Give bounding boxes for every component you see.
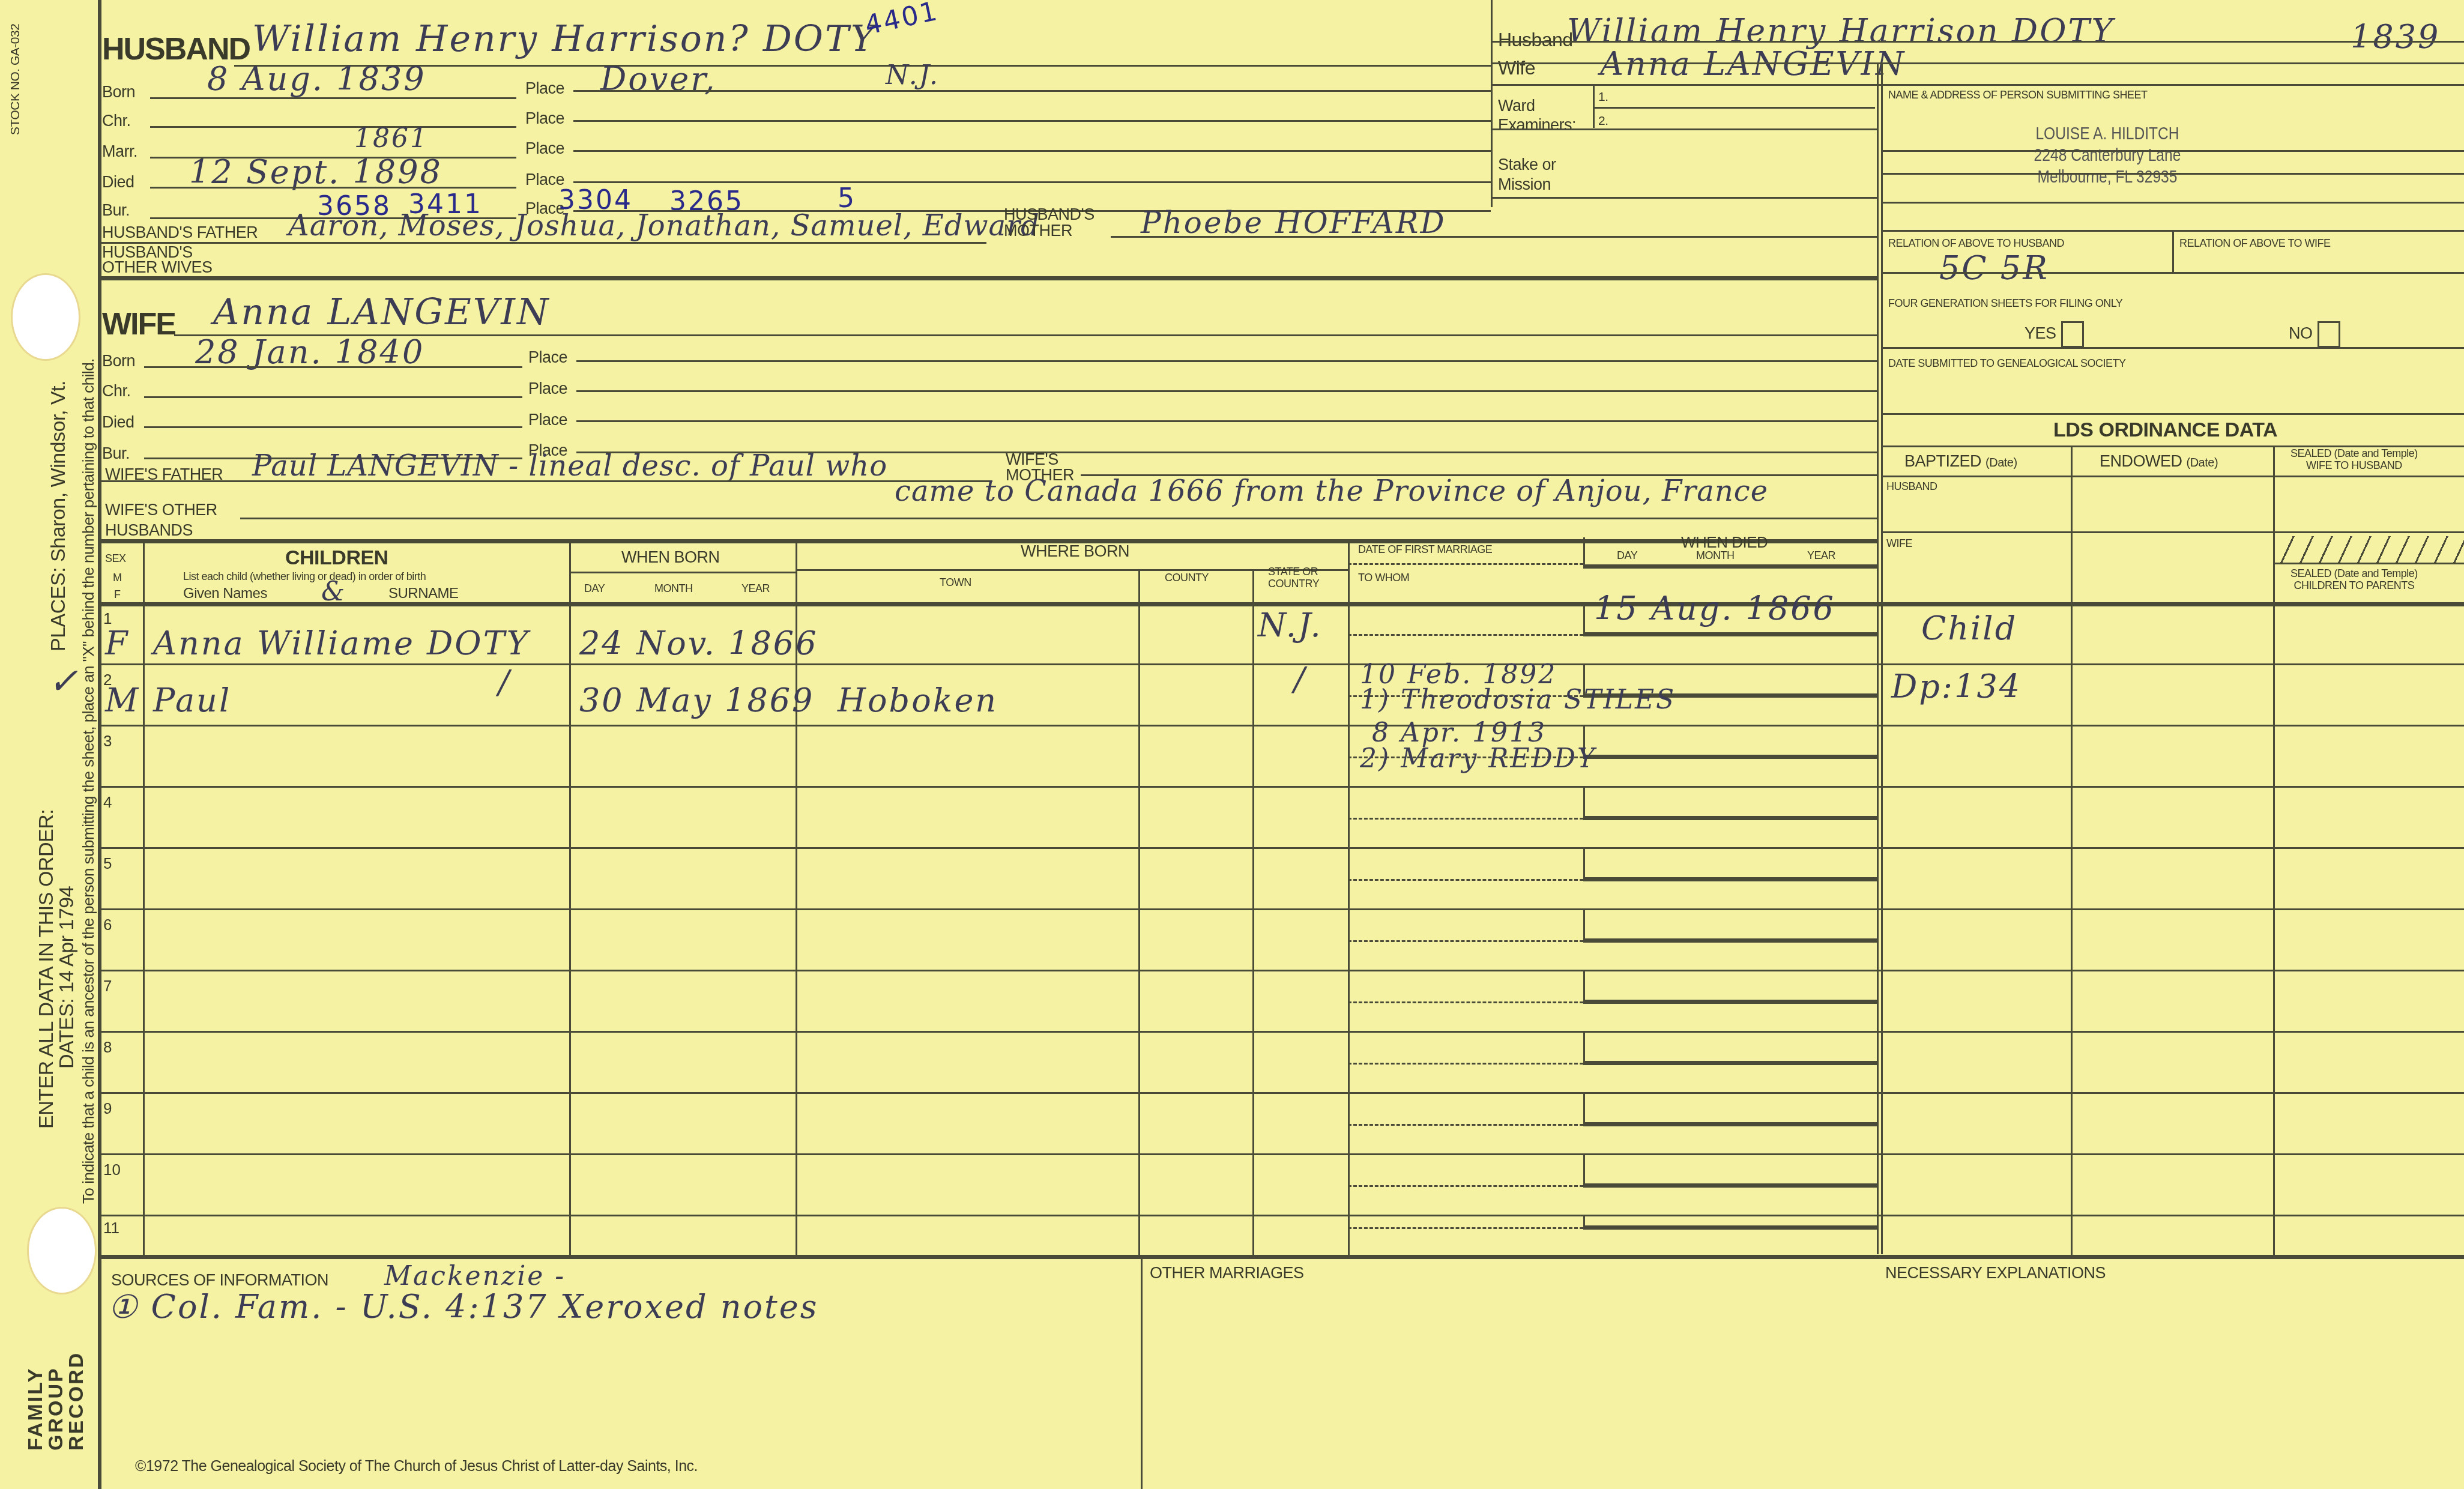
died-label: Died (102, 413, 134, 432)
place-label: Place (528, 379, 567, 398)
child-2-mark: / (498, 663, 511, 701)
first-marriage-header: DATE OF FIRST MARRIAGE (1358, 543, 1492, 556)
header-husband-name[interactable]: William Henry Harrison DOTY (1567, 12, 2115, 50)
instructions-dates: DATES: 14 Apr 1794 (55, 886, 79, 1069)
ward-examiner-2[interactable]: 2. (1598, 114, 1608, 128)
checkmark: ✓ (48, 660, 80, 702)
row-number: 11 (103, 1219, 119, 1237)
yes-checkbox[interactable] (2061, 321, 2084, 348)
child-1-state[interactable]: N.J. (1258, 606, 1323, 644)
husband-born-date[interactable]: 8 Aug. 1839 (207, 60, 426, 98)
children-instructions: List each child (whether living or dead)… (183, 570, 426, 583)
relation-husband[interactable]: 5C 5R (1939, 249, 2049, 287)
child-2-state[interactable]: / (1294, 660, 1306, 698)
lds-child-1[interactable]: Child (1921, 609, 2017, 647)
child-1-name[interactable]: Anna Williame DOTY (153, 624, 530, 662)
husband-died-date[interactable]: 12 Sept. 1898 (189, 153, 442, 191)
row-number: 3 (103, 732, 112, 751)
given-names-header: Given Names (183, 585, 267, 602)
row-number: 8 (103, 1038, 112, 1057)
town-header: TOWN (940, 576, 971, 589)
lds-husband-row: HUSBAND (1886, 480, 1937, 493)
day-header: DAY (584, 582, 605, 595)
lds-baptized-header: BAPTIZED (Date) (1904, 452, 2017, 471)
binder-hole (11, 273, 80, 361)
sources-label: SOURCES OF INFORMATION (111, 1271, 328, 1290)
second-spouse[interactable]: 2) Mary REDDY (1360, 743, 1596, 774)
left-frame (98, 0, 101, 1489)
wife-other-husbands-label: WIFE'S OTHER HUSBANDS (105, 500, 217, 540)
child-2-town[interactable]: Hoboken (838, 681, 998, 719)
four-gen-yes[interactable]: YES (2025, 321, 2084, 348)
lds-sealed-wife-header: SEALED (Date and Temple) WIFE TO HUSBAND (2290, 447, 2418, 471)
husband-born-state[interactable]: N.J. (886, 60, 940, 91)
submitter-stamp: LOUISE A. HILDITCH 2248 Canterbury Lane … (2009, 123, 2206, 188)
hatched-area (2275, 536, 2464, 563)
child-2-name[interactable]: Paul (153, 681, 231, 719)
to-whom-header: TO WHOM (1358, 572, 1409, 584)
marr-label: Marr. (102, 142, 137, 161)
lds-sealed-children-header: SEALED (Date and Temple) CHILDREN TO PAR… (2290, 567, 2418, 591)
wife-name[interactable]: Anna LANGEVIN (213, 291, 550, 333)
other-marriages-label: OTHER MARRIAGES (1150, 1264, 1304, 1282)
row-number: 9 (103, 1099, 112, 1118)
place-label: Place (525, 109, 564, 128)
died-month-header: MONTH (1696, 549, 1735, 562)
bur-label: Bur. (102, 201, 130, 220)
date-submitted-label: DATE SUBMITTED TO GENEALOGICAL SOCIETY (1888, 357, 2125, 370)
relation-wife-label: RELATION OF ABOVE TO WIFE (2179, 237, 2331, 250)
born-label: Born (102, 352, 135, 370)
year-header: YEAR (741, 582, 770, 595)
stake-mission-label: Stake or Mission (1498, 155, 1556, 195)
wife-father[interactable]: Paul LANGEVIN - lineal desc. of Paul who (252, 449, 887, 483)
children-header: CHILDREN (285, 546, 388, 570)
form-title: FAMILY GROUP RECORD (25, 1373, 86, 1451)
child-1-died[interactable]: 15 Aug. 1866 (1594, 590, 1835, 627)
husband-other-wives-label: HUSBAND'S OTHER WIVES (102, 245, 213, 275)
row-number: 10 (103, 1161, 121, 1179)
submitter-label: NAME & ADDRESS OF PERSON SUBMITTING SHEE… (1888, 89, 2148, 101)
sources-line-1[interactable]: Mackenzie - (384, 1261, 566, 1291)
where-born-header: WHERE BORN (1021, 542, 1129, 561)
wife-born-date[interactable]: 28 Jan. 1840 (195, 333, 424, 371)
county-header: COUNTY (1165, 572, 1209, 584)
chr-label: Chr. (102, 112, 131, 130)
child-2-born[interactable]: 30 May 1869 (579, 681, 814, 719)
husband-father[interactable]: Aaron, Moses, Joshua, Jonathan, Samuel, … (288, 209, 1040, 243)
place-label: Place (525, 139, 564, 158)
died-day-header: DAY (1617, 549, 1637, 562)
born-label: Born (102, 83, 135, 101)
husband-born-place[interactable]: Dover, (600, 60, 716, 98)
sex-header: SEX (105, 552, 126, 565)
instructions-ancestor: To indicate that a child is an ancestor … (79, 358, 98, 1204)
state-header: STATE OR COUNTRY (1268, 566, 1319, 590)
sources-line-2[interactable]: ① Col. Fam. - U.S. 4:137 Xeroxed notes (108, 1288, 818, 1326)
relation-husband-label: RELATION OF ABOVE TO HUSBAND (1888, 237, 2064, 250)
chr-label: Chr. (102, 382, 131, 400)
husband-mother-label: HUSBAND'S MOTHER (1004, 207, 1095, 239)
child-2-sex[interactable]: M (105, 681, 140, 719)
month-header: MONTH (654, 582, 693, 595)
died-label: Died (102, 173, 134, 192)
row-number: 4 (103, 793, 112, 812)
sex-m: M (113, 572, 122, 584)
lds-title: LDS ORDINANCE DATA (2053, 418, 2277, 442)
ward-examiner-1[interactable]: 1. (1598, 90, 1608, 104)
wife-father-continued[interactable]: came to Canada 1666 from the Province of… (895, 474, 1768, 508)
sex-f: F (114, 588, 121, 601)
lds-wife-row: WIFE (1886, 537, 1912, 550)
when-born-header: WHEN BORN (621, 548, 720, 567)
stock-number: STOCK NO. GA-032 (8, 24, 23, 135)
place-label: Place (528, 411, 567, 429)
header-year[interactable]: 1839 (2351, 18, 2440, 56)
lds-endowed-header: ENDOWED (Date) (2100, 452, 2218, 471)
no-checkbox[interactable] (2318, 321, 2340, 348)
wife-label: WIFE (102, 306, 175, 342)
child-2-spouse[interactable]: 1) Theodosia STILES (1360, 684, 1676, 715)
bur-label: Bur. (102, 444, 130, 463)
necessary-explanations-label: NECESSARY EXPLANATIONS (1885, 1264, 2106, 1282)
husband-marr-date[interactable]: 1861 (354, 123, 429, 154)
four-gen-label: FOUR GENERATION SHEETS FOR FILING ONLY (1888, 297, 2122, 310)
place-label: Place (525, 79, 564, 98)
instructions-places: PLACES: Sharon, Windsor, Vt. (47, 381, 70, 651)
header-wife-label: Wife (1498, 57, 1535, 79)
row-number: 6 (103, 916, 112, 934)
child-1-sex[interactable]: F (105, 624, 129, 662)
four-gen-no[interactable]: NO (2289, 321, 2340, 348)
copyright: ©1972 The Genealogical Society of The Ch… (135, 1458, 698, 1475)
lds-child-2[interactable]: Dp:134 (1891, 668, 2022, 705)
row-number: 7 (103, 977, 112, 995)
child-1-born[interactable]: 24 Nov. 1866 (579, 624, 818, 662)
row-number: 5 (103, 854, 112, 873)
header-husband-label: Husband (1498, 29, 1573, 51)
place-label: Place (528, 348, 567, 367)
died-year-header: YEAR (1807, 549, 1835, 562)
husband-father-label: HUSBAND'S FATHER (102, 223, 258, 242)
binder-hole (27, 1207, 97, 1294)
husband-name[interactable]: William Henry Harrison? DOTY (252, 18, 877, 60)
husband-mother[interactable]: Phoebe HOFFARD (1141, 205, 1446, 240)
surname-header: SURNAME (388, 585, 459, 602)
husband-annotation: 4401 (862, 0, 941, 41)
